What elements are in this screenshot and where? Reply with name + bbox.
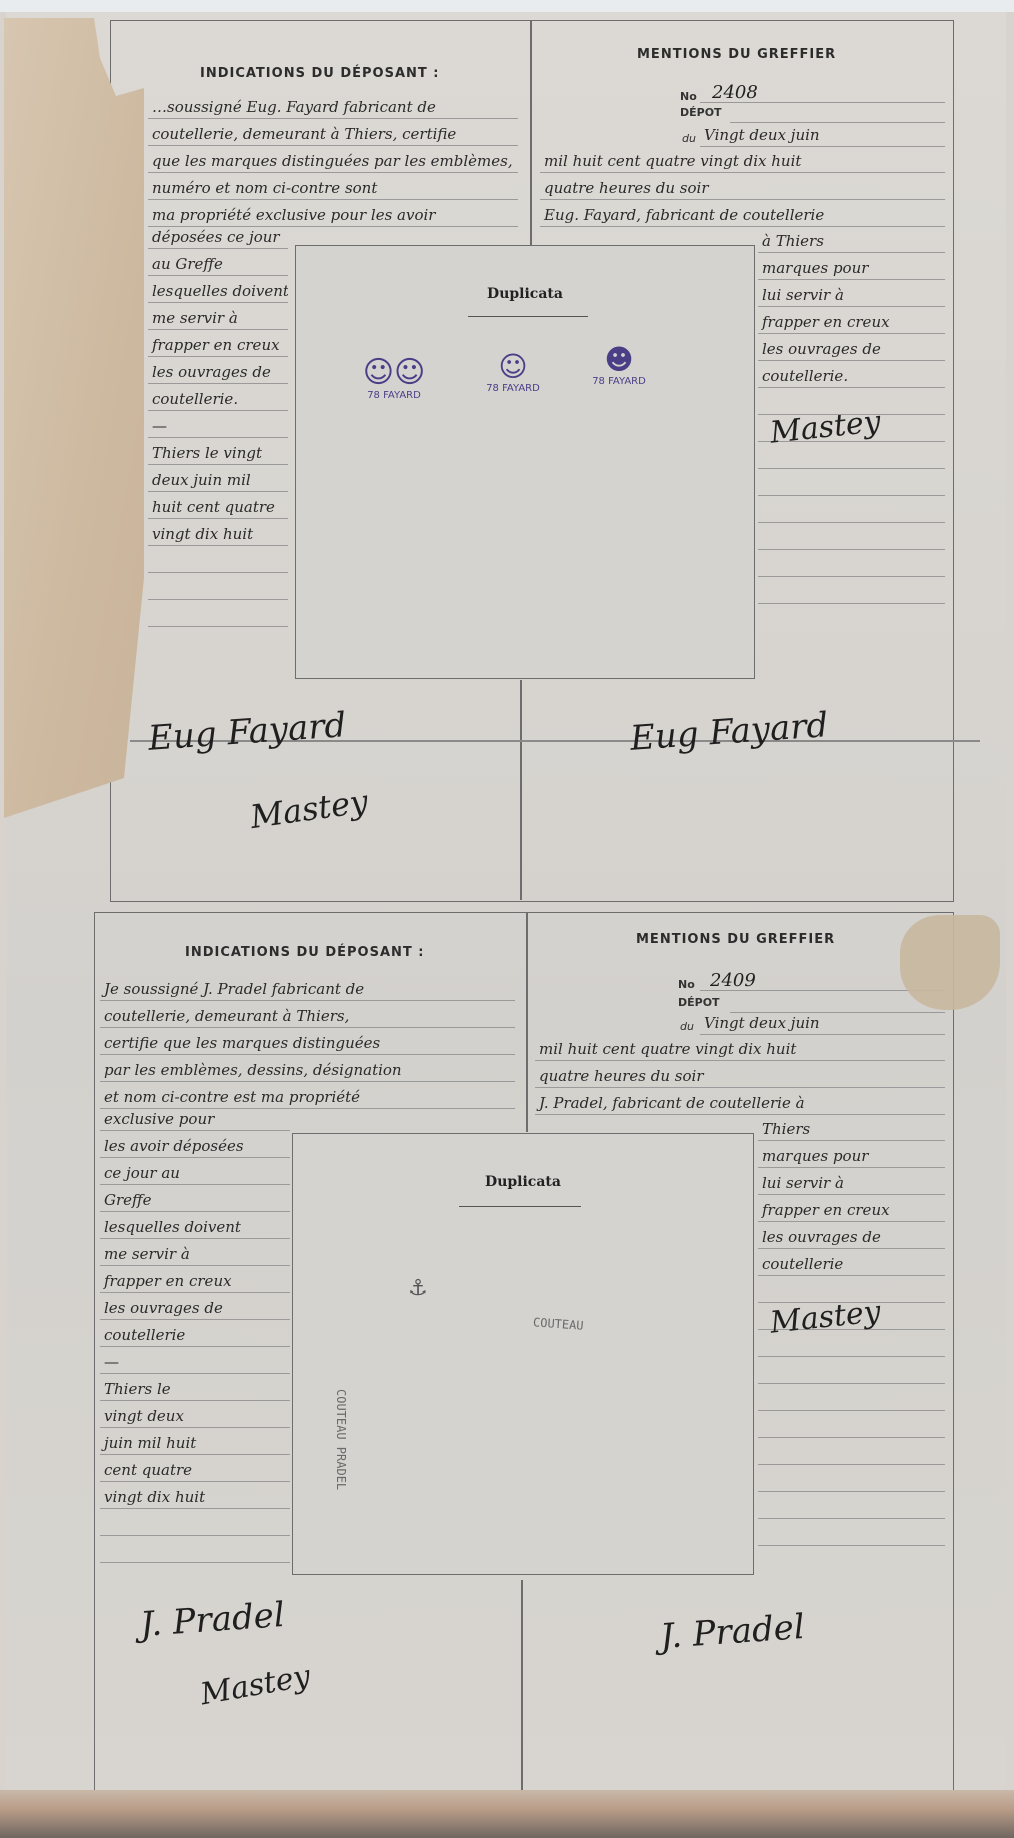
faces-emblem-icon: ☺☺ [361, 356, 427, 390]
stamp-label: 78 FAYARD [484, 383, 542, 394]
depositant-line: lesquelles doivent [100, 1212, 290, 1239]
stamp-couteau: COUTEAU [533, 1315, 584, 1332]
depositant-line: vingt deux [100, 1401, 290, 1428]
depositant-line: les ouvrages de [148, 357, 288, 384]
depositant-text-2: Je soussigné J. Pradel fabricant de cout… [100, 974, 515, 1109]
right-heading-1: MENTIONS DU GREFFIER [637, 47, 836, 62]
greffier-line: J. Pradel, fabricant de coutellerie à [535, 1088, 945, 1115]
depot-label-1: DÉPOT [680, 106, 722, 119]
duplicata-rule-2 [459, 1206, 581, 1207]
depositant-line: Thiers le [100, 1374, 290, 1401]
depositant-line: — [100, 1347, 290, 1374]
empty-line [100, 1509, 290, 1536]
greffier-line: frapper en creux [758, 307, 945, 334]
faces-emblem-icon: ☻ [591, 344, 647, 376]
depositant-line: vingt dix huit [148, 519, 288, 546]
stamp-mark-fayard: ☺ 78 FAYARD [484, 351, 542, 394]
depositant-line: vingt dix huit [100, 1482, 290, 1509]
depositant-line: ce jour au [100, 1158, 290, 1185]
empty-line [758, 523, 945, 550]
number-value-1: 2408 [712, 82, 758, 103]
depositant-line: Je soussigné J. Pradel fabricant de [100, 974, 515, 1001]
greffier-line: à Thiers [758, 226, 945, 253]
left-heading-1: INDICATIONS DU DÉPOSANT : [200, 66, 439, 81]
greffier-line: coutellerie [758, 1249, 945, 1276]
greffier-text-1: Vingt deux juin [700, 120, 945, 147]
column-divider-2b [521, 1580, 523, 1790]
depositant-line: cent quatre [100, 1455, 290, 1482]
depositant-line: frapper en creux [148, 330, 288, 357]
stamp-couteau-pradel: COUTEAU PRADEL [334, 1389, 348, 1519]
greffier-line: quatre heures du soir [535, 1061, 945, 1088]
empty-line [758, 1465, 945, 1492]
number-label-2: No [678, 978, 695, 991]
du-label-1: du [682, 132, 696, 145]
duplicata-box-2: Duplicata ⚓ COUTEAU PRADEL COUTEAU [292, 1133, 754, 1575]
depositant-line: certifie que les marques distinguées [100, 1028, 515, 1055]
depositant-line: coutellerie. [148, 384, 288, 411]
depositant-line: par les emblèmes, dessins, désignation [100, 1055, 515, 1082]
faces-emblem-icon: ☺ [484, 351, 542, 383]
column-divider-2 [526, 912, 528, 1132]
depositant-line: me servir à [148, 303, 288, 330]
greffier-line: Vingt deux juin [700, 120, 945, 147]
depositant-line: frapper en creux [100, 1266, 290, 1293]
greffier-text-1a: mil huit cent quatre vingt dix huit quat… [540, 146, 945, 227]
depositant-line: numéro et nom ci-contre sont [148, 173, 518, 200]
depositant-line: que les marques distinguées par les embl… [148, 146, 518, 173]
duplicata-rule-1 [468, 316, 588, 317]
duplicata-box-1: Duplicata ☺☺ 78 FAYARD ☺ 78 FAYARD ☻ 78 … [295, 245, 755, 679]
depositant-line: les ouvrages de [100, 1293, 290, 1320]
greffier-line: lui servir à [758, 280, 945, 307]
depositant-line: déposées ce jour [148, 222, 288, 249]
paper-patch [900, 915, 1000, 1010]
greffier-line: coutellerie. [758, 361, 945, 388]
empty-line [148, 600, 288, 627]
greffier-line: quatre heures du soir [540, 173, 945, 200]
stamp-mark-fayard: ☺☺ 78 FAYARD [361, 356, 427, 401]
greffier-line: frapper en creux [758, 1195, 945, 1222]
empty-line [100, 1536, 290, 1563]
stamp-label: 78 FAYARD [361, 390, 427, 401]
greffier-line: lui servir à [758, 1168, 945, 1195]
depositant-line: juin mil huit [100, 1428, 290, 1455]
depositant-text-1b: déposées ce jour au Greffe lesquelles do… [148, 222, 288, 627]
duplicata-title-2: Duplicata [293, 1174, 753, 1190]
empty-line [148, 546, 288, 573]
empty-line [758, 1438, 945, 1465]
duplicata-title-1: Duplicata [296, 286, 754, 302]
greffier-line: mil huit cent quatre vingt dix huit [535, 1034, 945, 1061]
page-top-edge [0, 0, 1014, 12]
greffier-line: les ouvrages de [758, 1222, 945, 1249]
depositant-line: …soussigné Eug. Fayard fabricant de [148, 92, 518, 119]
empty-line [758, 1384, 945, 1411]
depositant-line: lesquelles doivent [148, 276, 288, 303]
empty-line [758, 1357, 945, 1384]
depositant-line: coutellerie [100, 1320, 290, 1347]
empty-line [758, 469, 945, 496]
column-divider-1b [520, 680, 522, 900]
greffier-line: Thiers [758, 1114, 945, 1141]
torn-paper-flap [4, 18, 144, 818]
anchor-stamp-icon: ⚓ [403, 1276, 433, 1301]
du-label-2: du [680, 1020, 694, 1033]
column-divider-1 [530, 20, 532, 245]
depositant-line: me servir à [100, 1239, 290, 1266]
greffier-line: marques pour [758, 253, 945, 280]
empty-line [148, 573, 288, 600]
empty-line [758, 1492, 945, 1519]
depositant-line: coutellerie, demeurant à Thiers, certifi… [148, 119, 518, 146]
greffier-line: les ouvrages de [758, 334, 945, 361]
greffier-line: Vingt deux juin [700, 1008, 945, 1035]
left-heading-2: INDICATIONS DU DÉPOSANT : [185, 945, 424, 960]
page-bottom-edge [0, 1790, 1014, 1838]
stamp-mark-fayard: ☻ 78 FAYARD [591, 344, 647, 387]
stamp-label: 78 FAYARD [591, 376, 647, 387]
depositant-line: au Greffe [148, 249, 288, 276]
empty-line [758, 550, 945, 577]
depositant-line: huit cent quatre [148, 492, 288, 519]
depositant-text-2b: exclusive pour les avoir déposées ce jou… [100, 1104, 290, 1563]
depositant-line: deux juin mil [148, 465, 288, 492]
greffier-line: marques pour [758, 1141, 945, 1168]
depositant-line: — [148, 411, 288, 438]
depositant-text-1: …soussigné Eug. Fayard fabricant de cout… [148, 92, 518, 227]
greffier-line: mil huit cent quatre vingt dix huit [540, 146, 945, 173]
number-value-2: 2409 [710, 970, 756, 991]
depositant-line: les avoir déposées [100, 1131, 290, 1158]
depositant-line: exclusive pour [100, 1104, 290, 1131]
empty-line [758, 1411, 945, 1438]
empty-line [758, 577, 945, 604]
greffier-line: Eug. Fayard, fabricant de coutellerie [540, 200, 945, 227]
right-heading-2: MENTIONS DU GREFFIER [636, 932, 835, 947]
depositant-line: Thiers le vingt [148, 438, 288, 465]
greffier-text-2: Vingt deux juin [700, 1008, 945, 1035]
number-label-1: No [680, 90, 697, 103]
empty-line [758, 1519, 945, 1546]
empty-line [758, 496, 945, 523]
number-rule-1 [700, 102, 945, 103]
depositant-line: coutellerie, demeurant à Thiers, [100, 1001, 515, 1028]
greffier-text-2a: mil huit cent quatre vingt dix huit quat… [535, 1034, 945, 1115]
depositant-line: Greffe [100, 1185, 290, 1212]
